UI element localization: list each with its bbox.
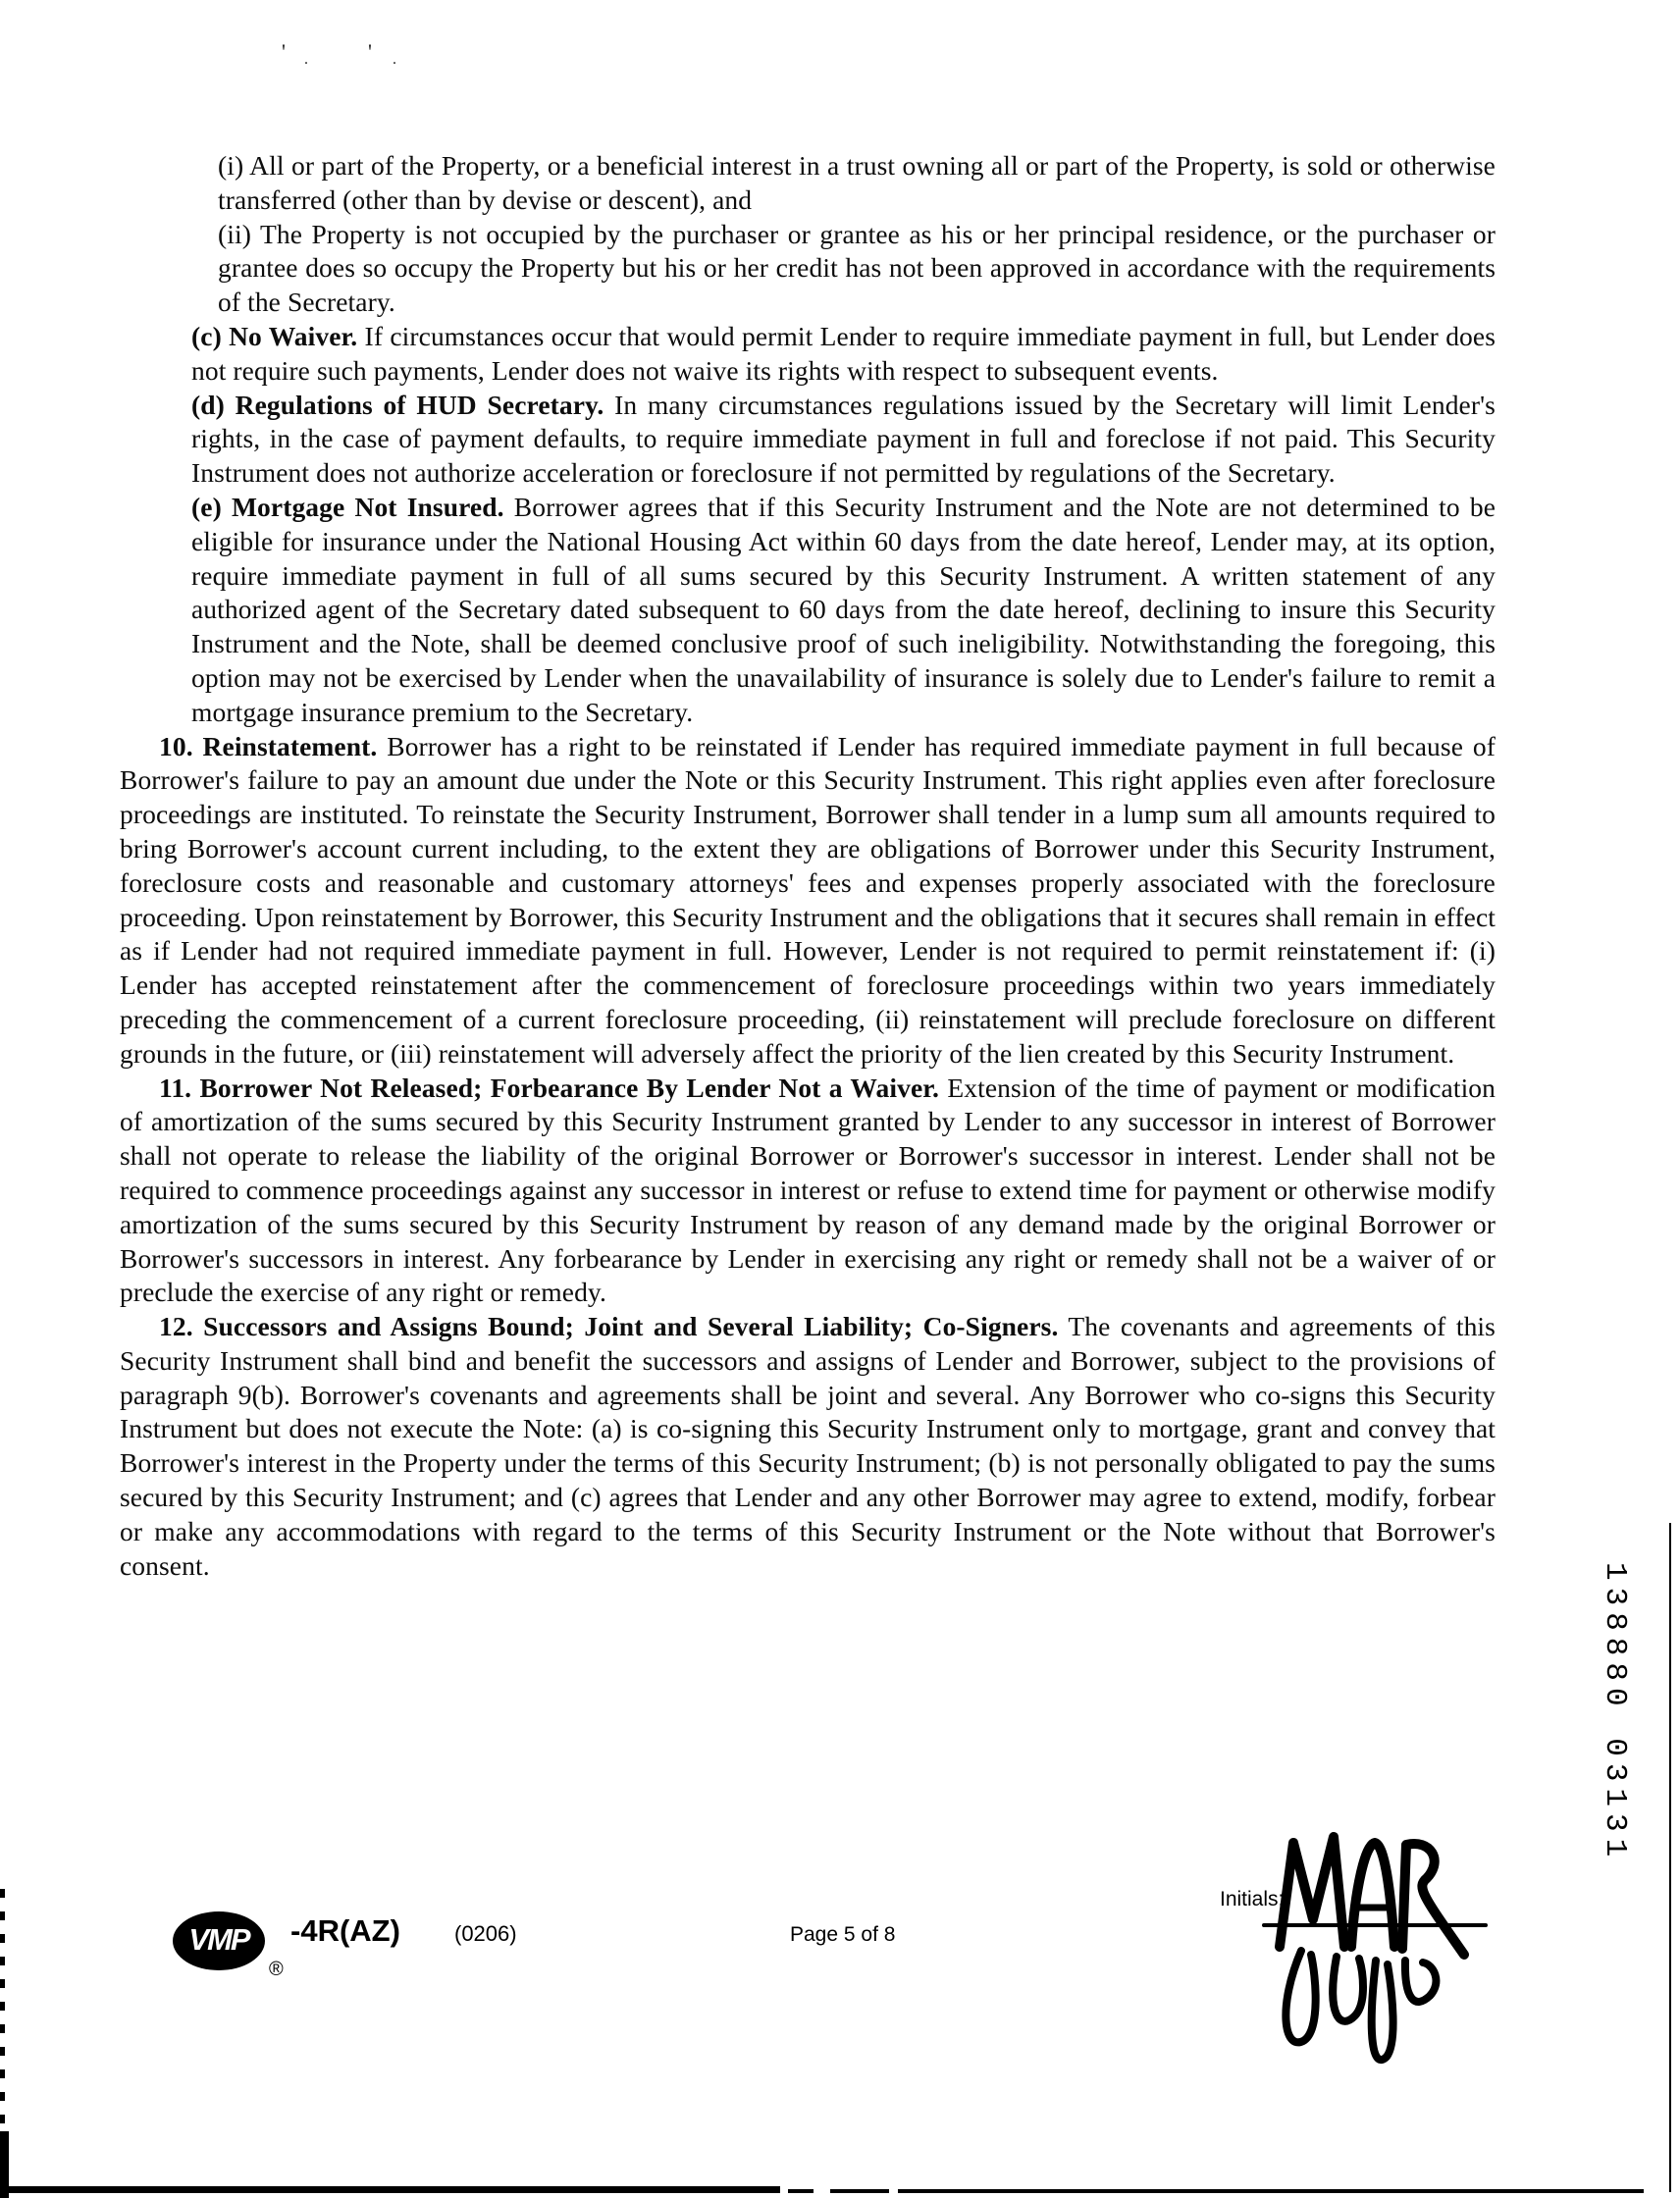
clause-text: Borrower agrees that if this Security In… (191, 492, 1496, 727)
section-text: Extension of the time of payment or modi… (120, 1073, 1496, 1308)
scan-artifact-mark: ' (282, 39, 286, 65)
body-text: (i) All or part of the Property, or a be… (120, 149, 1496, 1583)
registered-trademark-icon: ® (269, 1959, 284, 1981)
handwritten-initials (1256, 1817, 1501, 2072)
clause-i: (i) All or part of the Property, or a be… (218, 149, 1496, 218)
clause-label: (ii) (218, 219, 251, 249)
scan-artifact-mark: . (393, 51, 396, 69)
clause-text: All or part of the Property, or a benefi… (218, 150, 1496, 215)
scan-edge-bottom-dash (830, 2189, 889, 2193)
clause-heading: (c) No Waiver. (191, 321, 357, 351)
scan-edge-right-line (1669, 1523, 1671, 2192)
clause-text: The Property is not occupied by the purc… (218, 219, 1496, 318)
clause-heading: (e) Mortgage Not Insured. (191, 492, 504, 522)
document-number-vertical: 138880 03131 (1598, 1562, 1632, 1863)
section-text: The covenants and agreements of this Sec… (120, 1311, 1496, 1581)
section-10-reinstatement: 10. Reinstatement. Borrower has a right … (120, 730, 1496, 1072)
section-12-successors-assigns: 12. Successors and Assigns Bound; Joint … (120, 1310, 1496, 1583)
clause-heading: (d) Regulations of HUD Secretary. (191, 390, 604, 420)
scan-artifact-mark: ' (368, 39, 372, 65)
form-revision-date: (0206) (454, 1921, 517, 1947)
clause-ii: (ii) The Property is not occupied by the… (218, 218, 1496, 320)
form-code: -4R(AZ) (290, 1913, 400, 1949)
section-text: Borrower has a right to be reinstated if… (120, 731, 1496, 1069)
clause-text: If circumstances occur that would permit… (191, 321, 1496, 386)
scan-edge-left-dashes (0, 1889, 5, 2134)
clause-label: (i) (218, 150, 243, 181)
section-heading: 10. Reinstatement. (159, 731, 377, 761)
clause-e-mortgage-not-insured: (e) Mortgage Not Insured. Borrower agree… (191, 491, 1496, 730)
vmp-logo: VMP (173, 1911, 265, 1970)
section-11-borrower-not-released: 11. Borrower Not Released; Forbearance B… (120, 1072, 1496, 1311)
scan-artifact-mark: . (304, 51, 308, 69)
scanned-document-page: { "page": { "artifacts": { "marks": ["'"… (0, 0, 1680, 2198)
page-number: Page 5 of 8 (790, 1923, 895, 1947)
clause-c-no-waiver: (c) No Waiver. If circumstances occur th… (191, 320, 1496, 389)
scan-edge-bottom-line (898, 2189, 1644, 2193)
section-heading: 12. Successors and Assigns Bound; Joint … (159, 1311, 1058, 1341)
scan-edge-bottom-bar (0, 2186, 780, 2193)
clause-d-regulations-hud: (d) Regulations of HUD Secretary. In man… (191, 389, 1496, 491)
scan-edge-bottom-dash (788, 2189, 814, 2193)
section-heading: 11. Borrower Not Released; Forbearance B… (159, 1073, 939, 1103)
